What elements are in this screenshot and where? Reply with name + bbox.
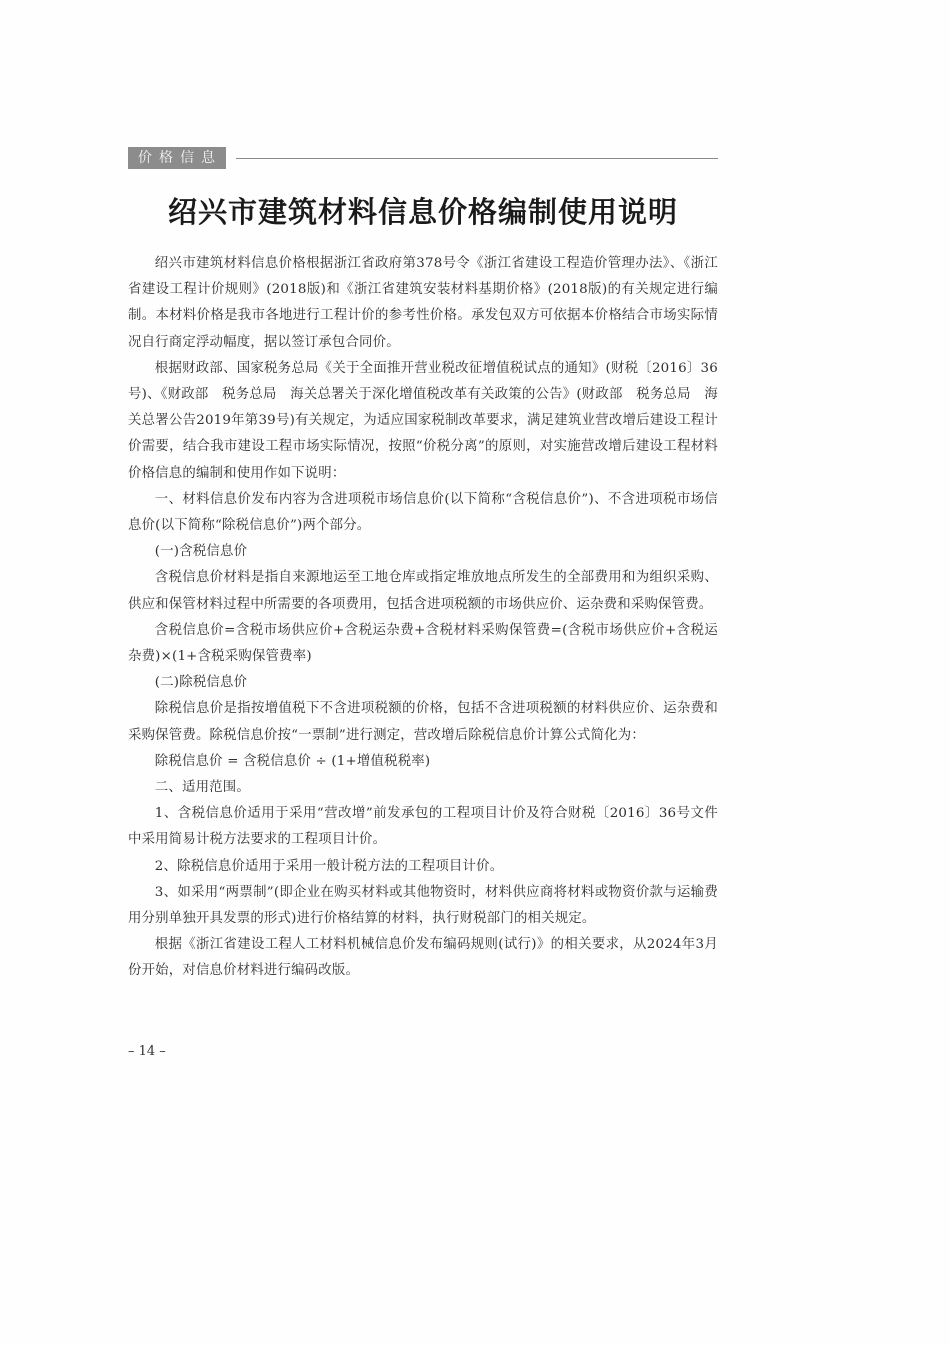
paragraph-tax-basis: 根据财政部、国家税务总局《关于全面推开营业税改征增值税试点的通知》(财税〔201… bbox=[128, 356, 718, 487]
section-tag: 价格信息 bbox=[128, 147, 226, 169]
scope-item-1: 1、含税信息价适用于采用“营改增”前发承包的工程项目计价及符合财税〔2016〕3… bbox=[128, 801, 718, 853]
subheading-tax-inclusive: (一)含税信息价 bbox=[128, 539, 718, 565]
paragraph-section-one: 一、材料信息价发布内容为含进项税市场信息价(以下简称“含税信息价”)、不含进项税… bbox=[128, 487, 718, 539]
scope-item-3: 3、如采用“两票制”(即企业在购买材料或其他物资时，材料供应商将材料或物资价款与… bbox=[128, 880, 718, 932]
document-body: 绍兴市建筑材料信息价格根据浙江省政府第378号令《浙江省建设工程造价管理办法》、… bbox=[128, 251, 718, 985]
paragraph-intro: 绍兴市建筑材料信息价格根据浙江省政府第378号令《浙江省建设工程造价管理办法》、… bbox=[128, 251, 718, 356]
formula-tax-exclusive: 除税信息价 = 含税信息价 ÷ (1+增值税税率) bbox=[128, 749, 718, 775]
paragraph-tax-exclusive-definition: 除税信息价是指按增值税下不含进项税额的价格，包括不含进项税额的材料供应价、运杂费… bbox=[128, 696, 718, 748]
formula-tax-inclusive: 含税信息价=含税市场供应价+含税运杂费+含税材料采购保管费=(含税市场供应价+含… bbox=[128, 618, 718, 670]
section-divider bbox=[236, 158, 718, 159]
document-page: 价格信息 绍兴市建筑材料信息价格编制使用说明 绍兴市建筑材料信息价格根据浙江省政… bbox=[0, 0, 950, 1345]
section-header: 价格信息 bbox=[128, 147, 718, 169]
page-number: – 14 – bbox=[128, 1044, 166, 1059]
document-title: 绍兴市建筑材料信息价格编制使用说明 bbox=[128, 190, 718, 231]
paragraph-coding-revision: 根据《浙江省建设工程人工材料机械信息价发布编码规则(试行)》的相关要求，从202… bbox=[128, 932, 718, 984]
heading-scope: 二、适用范围。 bbox=[128, 775, 718, 801]
scope-item-2: 2、除税信息价适用于采用一般计税方法的工程项目计价。 bbox=[128, 854, 718, 880]
paragraph-tax-inclusive-definition: 含税信息价材料是指自来源地运至工地仓库或指定堆放地点所发生的全部费用和为组织采购… bbox=[128, 565, 718, 617]
subheading-tax-exclusive: (二)除税信息价 bbox=[128, 670, 718, 696]
